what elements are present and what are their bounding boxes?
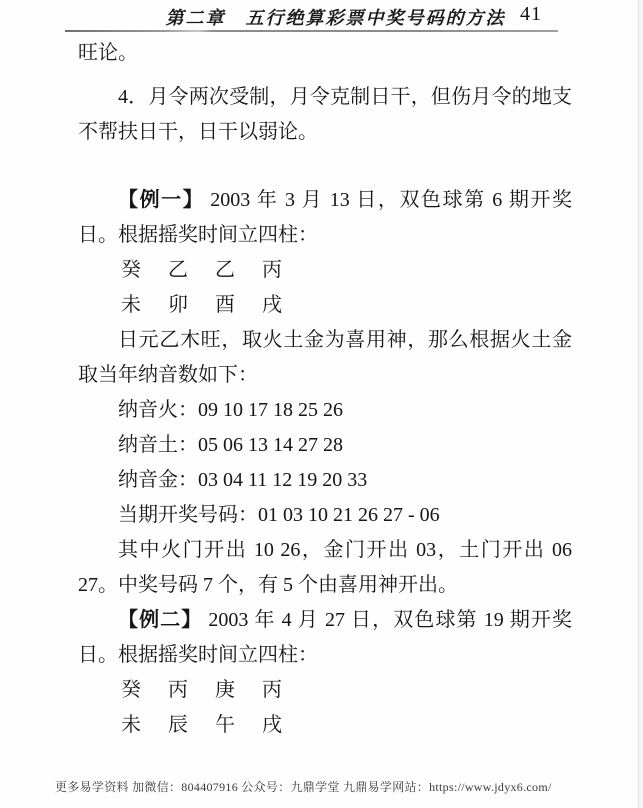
example1-result: 其中火门开出 10 26，金门开出 03，土门开出 06 27。中奖号码 7 个… — [78, 533, 572, 603]
pillar-branch-char: 未 — [120, 708, 142, 743]
chapter-title: 第二章 五行绝算彩票中奖号码的方法 — [166, 8, 506, 28]
carryover-paragraph: 旺论。 — [78, 36, 572, 71]
header-rule — [65, 30, 558, 32]
scan-page-edge — [638, 0, 643, 808]
page-number: 41 — [520, 3, 542, 26]
pillar-stem-char: 庚 — [214, 673, 236, 708]
example1-intro: 【例一】2003 年 3 月 13 日，双色球第 6 期开奖日。根据摇奖时间立四… — [78, 183, 572, 253]
pillar-branch-char: 戌 — [261, 708, 283, 743]
pillar-stem-char: 丙 — [261, 673, 283, 708]
pillar-branch-char: 卯 — [167, 288, 189, 323]
pillar-branch-char: 酉 — [214, 288, 236, 323]
example1-branches-row: 未 卯 酉 戌 — [120, 288, 572, 323]
chapter-title-wrap: 第二章 五行绝算彩票中奖号码的方法 — [0, 4, 643, 30]
pillar-branch-char: 戌 — [261, 288, 283, 323]
pillar-branch-char: 未 — [120, 288, 142, 323]
pillar-stem-char: 乙 — [214, 253, 236, 288]
example1-stems-row: 癸 乙 乙 丙 — [120, 253, 572, 288]
pillar-stem-char: 癸 — [120, 253, 142, 288]
example1-label: 【例一】 — [118, 189, 204, 211]
pillar-stem-char: 乙 — [167, 253, 189, 288]
page-header: 第二章 五行绝算彩票中奖号码的方法 41 — [0, 0, 643, 34]
nayin-metal-line: 纳音金：03 04 11 12 19 20 33 — [78, 463, 572, 498]
example2-branches-row: 未 辰 午 戌 — [120, 708, 572, 743]
example1-analysis: 日元乙木旺，取火土金为喜用神，那么根据火土金取当年纳音数如下： — [78, 323, 572, 393]
pillar-stem-char: 丙 — [261, 253, 283, 288]
pillar-branch-char: 辰 — [167, 708, 189, 743]
example2-intro: 【例二】2003 年 4 月 27 日，双色球第 19 期开奖日。根据摇奖时间立… — [78, 603, 572, 673]
pillar-stem-char: 丙 — [167, 673, 189, 708]
rule4-paragraph: 4．月令两次受制，月令克制日干，但伤月令的地支不帮扶日干，日干以弱论。 — [78, 80, 572, 150]
nayin-earth-line: 纳音土：05 06 13 14 27 28 — [78, 428, 572, 463]
page-body: 旺论。 4．月令两次受制，月令克制日干，但伤月令的地支不帮扶日干，日干以弱论。 … — [78, 36, 572, 743]
nayin-fire-line: 纳音火：09 10 17 18 25 26 — [78, 393, 572, 428]
example2-stems-row: 癸 丙 庚 丙 — [120, 673, 572, 708]
pillar-stem-char: 癸 — [120, 673, 142, 708]
example2-label: 【例二】 — [118, 609, 202, 631]
footer-watermark: 更多易学资料 加微信：804407916 公众号：九鼎学堂 九鼎易学网站：htt… — [55, 779, 615, 795]
book-page: 第二章 五行绝算彩票中奖号码的方法 41 旺论。 4．月令两次受制，月令克制日干… — [0, 0, 643, 808]
draw-numbers-line: 当期开奖号码：01 03 10 21 26 27 - 06 — [78, 498, 572, 533]
pillar-branch-char: 午 — [214, 708, 236, 743]
